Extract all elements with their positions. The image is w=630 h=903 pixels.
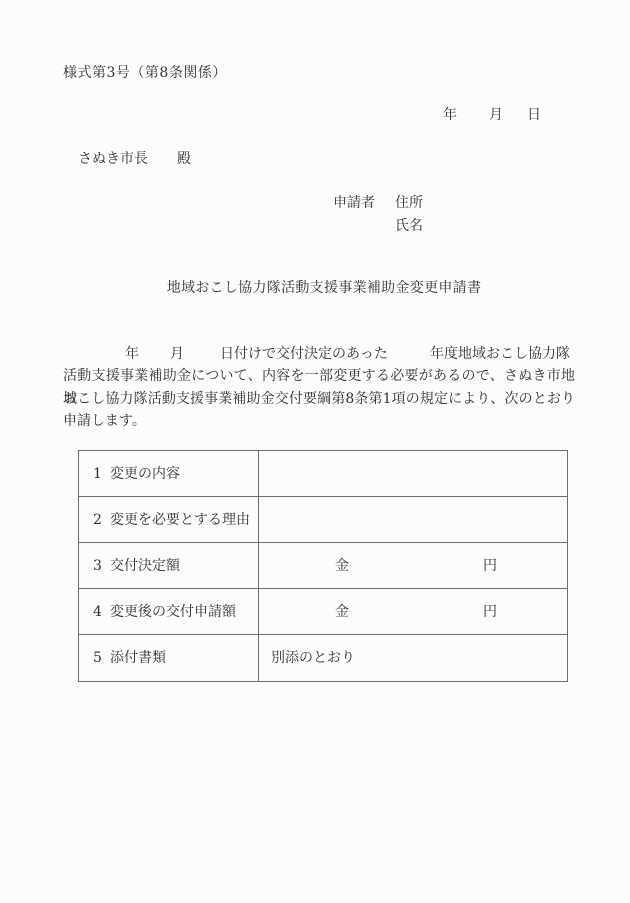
row-4-number: 4 — [93, 605, 110, 619]
row-5-value: 別添のとおり — [271, 651, 355, 665]
row-2-number: 2 — [93, 513, 110, 527]
date-day-label: 日 — [527, 108, 541, 122]
row-3-number: 3 — [93, 559, 110, 573]
table-row-5-label-cell: 5添付書類 — [79, 635, 259, 681]
row-2-label: 変更を必要とする理由 — [110, 513, 250, 527]
body-year-label: 年 — [125, 343, 139, 365]
date-line: 年 月 日 — [0, 108, 630, 126]
table-row-1-value-cell — [259, 451, 567, 497]
date-year-label: 年 — [443, 108, 457, 122]
row-4-label: 変更後の交付申請額 — [110, 605, 236, 619]
row-1-label: 変更の内容 — [110, 467, 180, 481]
addressee-name: さぬき市長 — [78, 152, 148, 166]
applicant-address-label: 住所 — [395, 196, 423, 210]
applicant-name-label: 氏名 — [395, 219, 423, 233]
document-page: 様式第3号（第8条関係） 年 月 日 さぬき市長 殿 申請者 住所 氏名 地域お… — [0, 0, 630, 903]
body-fiscal-year-text: 年度地域おこし協力隊 — [430, 343, 570, 365]
addressee-honorific: 殿 — [177, 152, 191, 166]
row-3-label: 交付決定額 — [110, 559, 180, 573]
row-3-amount-prefix: 金 — [335, 559, 349, 573]
table-row-3-value-cell: 金 円 — [259, 543, 567, 589]
body-day-text: 日付けで交付決定のあった — [220, 343, 388, 365]
row-5-label: 添付書類 — [110, 651, 166, 665]
table-row-2-label-cell: 2変更を必要とする理由 — [79, 497, 259, 543]
table-row-4-label-cell: 4変更後の交付申請額 — [79, 589, 259, 635]
date-month-label: 月 — [489, 108, 503, 122]
body-line-3: おこし協力隊活動支援事業補助金交付要綱第8条第1項の規定により、次のとおり — [63, 388, 575, 410]
row-4-amount-prefix: 金 — [335, 605, 349, 619]
body-month-label: 月 — [170, 343, 184, 365]
application-table: 1変更の内容 2変更を必要とする理由 3交付決定額 金 円 4変更後の交付申請額… — [78, 450, 568, 682]
body-line-4: 申請します。 — [63, 410, 575, 432]
body-line-1: 年 月 日付けで交付決定のあった 年度地域おこし協力隊 — [63, 343, 575, 365]
document-title: 地域おこし協力隊活動支援事業補助金変更申請書 — [0, 281, 630, 295]
body-paragraph: 年 月 日付けで交付決定のあった 年度地域おこし協力隊 活動支援事業補助金につい… — [63, 343, 575, 433]
applicant-block: 申請者 住所 氏名 — [0, 196, 630, 238]
body-line-2: 活動支援事業補助金について、内容を一部変更する必要があるので、さぬき市地域 — [63, 365, 575, 387]
table-row-1-label-cell: 1変更の内容 — [79, 451, 259, 497]
row-5-number: 5 — [93, 651, 110, 665]
table-row-5-value-cell: 別添のとおり — [259, 635, 567, 681]
form-number: 様式第3号（第8条関係） — [63, 66, 227, 80]
row-3-amount-suffix: 円 — [483, 559, 497, 573]
applicant-label: 申請者 — [333, 196, 375, 210]
table-row-4-value-cell: 金 円 — [259, 589, 567, 635]
table-row-3-label-cell: 3交付決定額 — [79, 543, 259, 589]
row-4-amount-suffix: 円 — [483, 605, 497, 619]
row-1-number: 1 — [93, 467, 110, 481]
table-row-2-value-cell — [259, 497, 567, 543]
addressee-line: さぬき市長 殿 — [0, 152, 630, 170]
